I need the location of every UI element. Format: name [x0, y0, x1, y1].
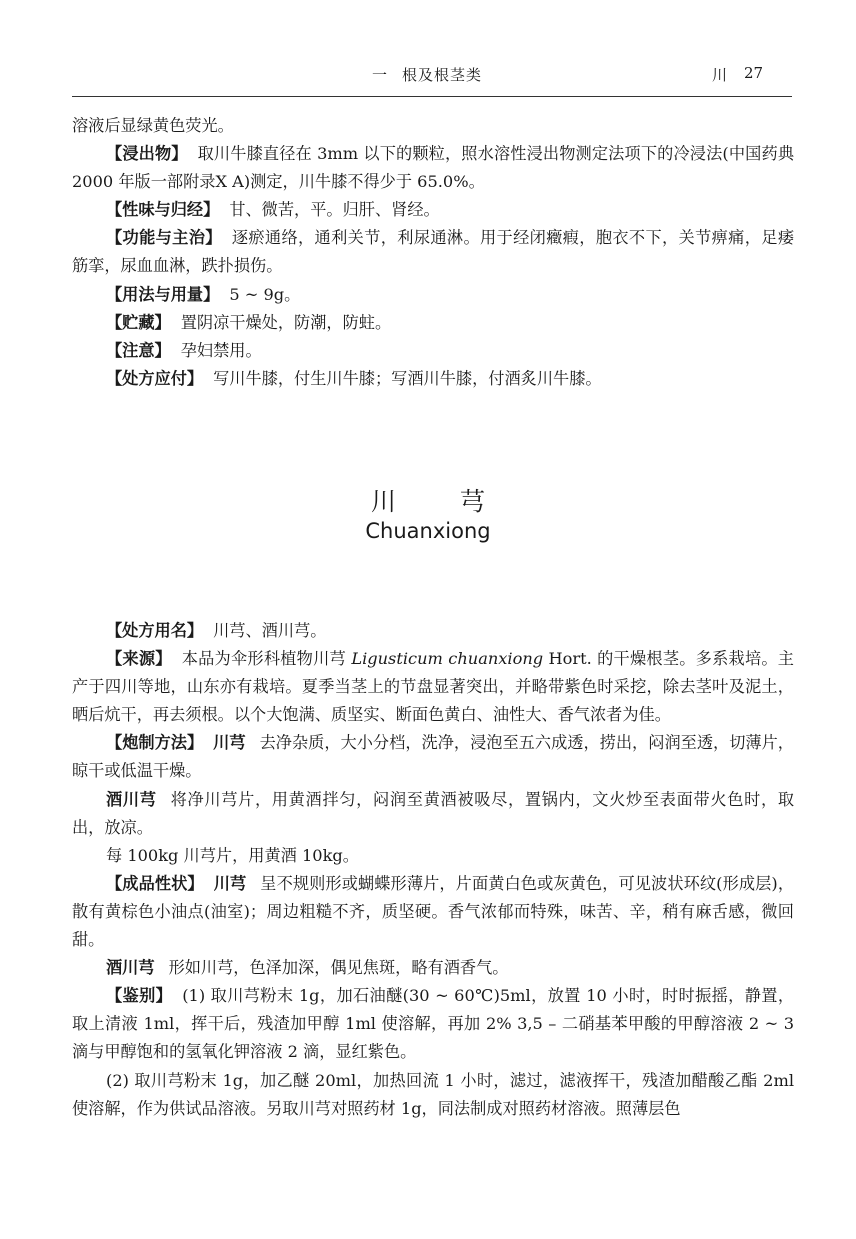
- section-label: 【来源】: [106, 649, 172, 668]
- subheading: 川芎: [213, 733, 245, 752]
- section-dash: 一: [372, 66, 388, 84]
- identification-2: (2) 取川芎粉末 1g，加乙醚 20ml，加热回流 1 小时，滤过，滤液挥干，…: [72, 1067, 794, 1123]
- section-label: 【成品性状】: [106, 874, 204, 893]
- section-title: 根及根茎类: [402, 66, 482, 84]
- section-label: 【浸出物】: [106, 144, 188, 163]
- title-char-1: 川: [371, 482, 396, 518]
- section-prescription: 【处方应付】写川牛膝，付生川牛膝；写酒川牛膝，付酒炙川牛膝。: [72, 365, 794, 393]
- section-caution: 【注意】孕妇禁用。: [72, 337, 794, 365]
- entry-body: 【处方用名】川芎、酒川芎。 【来源】本品为伞形科植物川芎 Ligusticum …: [72, 617, 794, 1123]
- section-processing: 【炮制方法】川芎去净杂质，大小分档，洗净，浸泡至五六成透，捞出，闷润至透，切薄片…: [72, 729, 794, 785]
- section-label: 【性味与归经】: [106, 200, 219, 219]
- appearance-wine: 酒川芎形如川芎，色泽加深，偶见焦斑，略有酒香气。: [72, 954, 794, 982]
- section-function: 【功能与主治】逐瘀通络，通利关节，利尿通淋。用于经闭癥瘕，胞衣不下，关节痹痛，足…: [72, 224, 794, 280]
- entry-title-chinese: 川芎: [0, 482, 856, 518]
- section-label: 【处方用名】: [106, 621, 203, 640]
- section-heading: 一根及根茎类: [372, 64, 482, 85]
- section-label: 【注意】: [106, 341, 171, 360]
- title-char-2: 芎: [460, 482, 485, 518]
- section-label: 【用法与用量】: [106, 285, 219, 304]
- section-text: 孕妇禁用。: [181, 341, 262, 360]
- entry-title-pinyin: Chuanxiong: [0, 519, 856, 543]
- section-label: 【鉴别】: [106, 986, 172, 1005]
- section-nature: 【性味与归经】甘、微苦，平。归肝、肾经。: [72, 196, 794, 224]
- section-source: 【来源】本品为伞形科植物川芎 Ligusticum chuanxiong Hor…: [72, 645, 794, 729]
- continuation-text: 溶液后显绿黄色荧光。: [72, 112, 794, 140]
- section-label: 【处方应付】: [106, 369, 203, 388]
- section-label: 【贮藏】: [106, 313, 171, 332]
- section-identification: 【鉴别】(1) 取川芎粉末 1g，加石油醚(30 ~ 60℃)5ml，放置 10…: [72, 982, 794, 1066]
- subheading: 酒川芎: [106, 958, 155, 977]
- section-text: 将净川芎片，用黄酒拌匀，闷润至黄酒被吸尽，置锅内，文火炒至表面带火色时，取出，放…: [72, 790, 794, 837]
- section-text: 置阴凉干燥处，防潮，防蛀。: [181, 313, 391, 332]
- section-appearance: 【成品性状】川芎呈不规则形或蝴蝶形薄片，片面黄白色或灰黄色，可见波状环纹(形成层…: [72, 870, 794, 954]
- section-text: 写川牛膝，付生川牛膝；写酒川牛膝，付酒炙川牛膝。: [213, 369, 602, 388]
- section-text: 川芎、酒川芎。: [213, 621, 326, 640]
- subheading: 酒川芎: [106, 790, 157, 809]
- processing-ratio: 每 100kg 川芎片，用黄酒 10kg。: [72, 842, 794, 870]
- section-text: (1) 取川芎粉末 1g，加石油醚(30 ~ 60℃)5ml，放置 10 小时，…: [72, 986, 794, 1061]
- section-text: 5 ~ 9g。: [229, 285, 300, 304]
- section-text: 形如川芎，色泽加深，偶见焦斑，略有酒香气。: [169, 958, 509, 977]
- page-number: 27: [744, 64, 763, 82]
- section-label: 【功能与主治】: [106, 228, 222, 247]
- section-dosage: 【用法与用量】5 ~ 9g。: [72, 281, 794, 309]
- running-header: 一根及根茎类 川 27: [72, 62, 792, 97]
- index-char: 川: [712, 64, 727, 85]
- processing-wine: 酒川芎将净川芎片，用黄酒拌匀，闷润至黄酒被吸尽，置锅内，文火炒至表面带火色时，取…: [72, 786, 794, 842]
- subheading: 川芎: [214, 874, 247, 893]
- section-extract: 【浸出物】取川牛膝直径在 3mm 以下的颗粒，照水溶性浸出物测定法项下的冷浸法(…: [72, 140, 794, 196]
- section-label: 【炮制方法】: [106, 733, 203, 752]
- latin-name: Ligusticum chuanxiong: [351, 649, 543, 668]
- previous-entry: 溶液后显绿黄色荧光。 【浸出物】取川牛膝直径在 3mm 以下的颗粒，照水溶性浸出…: [72, 112, 794, 393]
- section-text: 甘、微苦，平。归肝、肾经。: [229, 200, 439, 219]
- section-names: 【处方用名】川芎、酒川芎。: [72, 617, 794, 645]
- source-text: 本品为伞形科植物川芎: [182, 649, 352, 668]
- section-storage: 【贮藏】置阴凉干燥处，防潮，防蛀。: [72, 309, 794, 337]
